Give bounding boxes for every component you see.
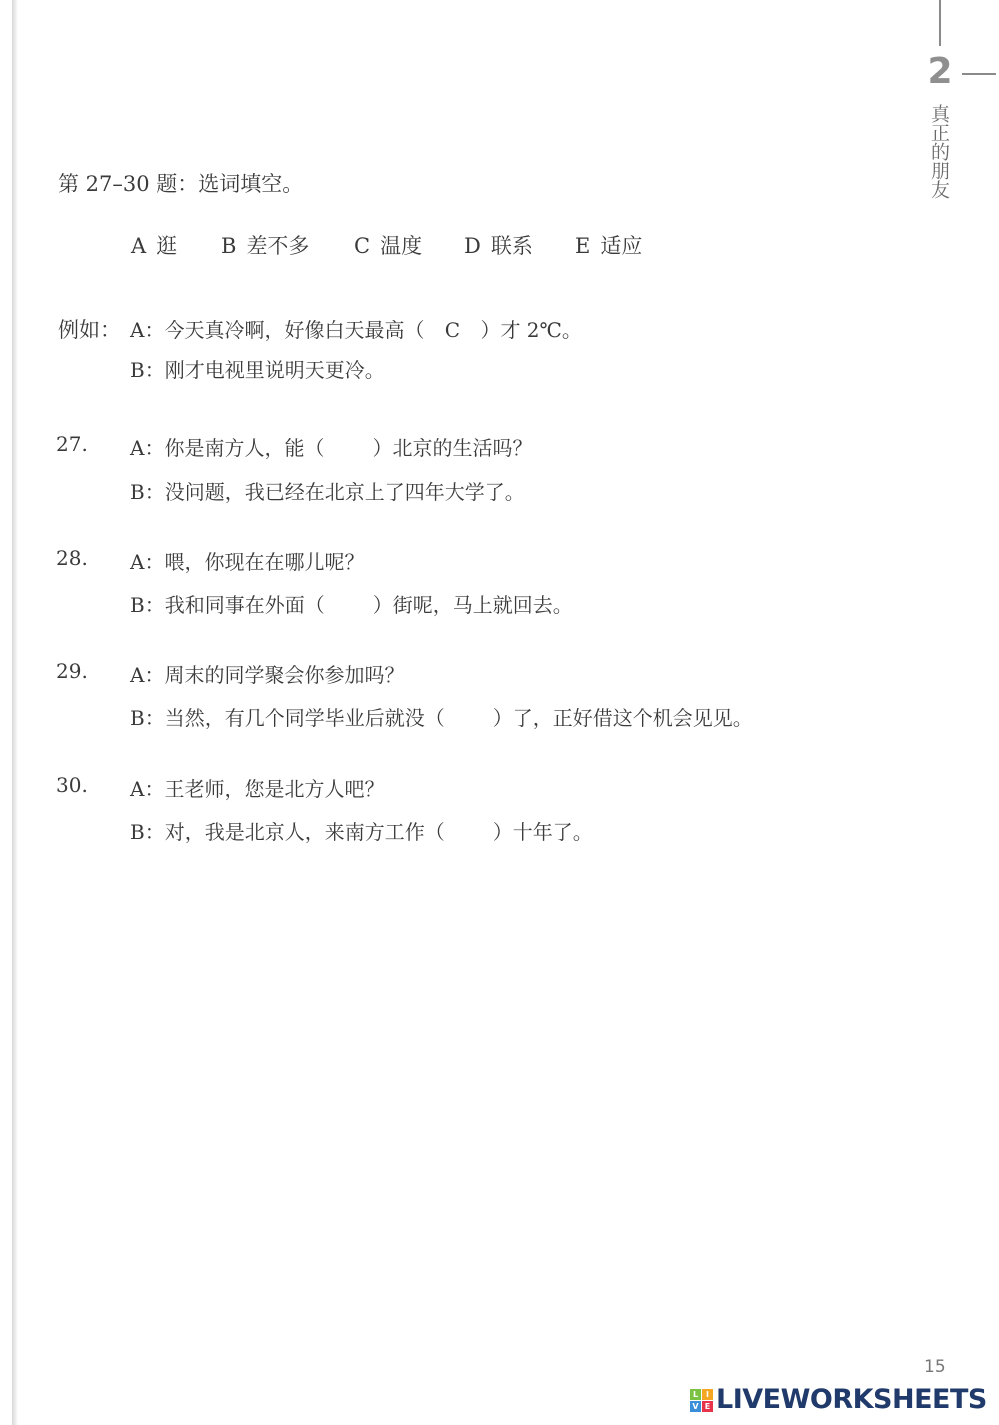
q28-line-b: B：我和同事在外面（）街呢，马上就回去。 (130, 589, 573, 618)
option-letter: A (131, 234, 146, 258)
question-number-28: 28. (56, 546, 88, 570)
chapter-number: 2 (926, 52, 954, 92)
example-a-text: A：今天真冷啊，好像白天最高（ (130, 318, 424, 342)
q27-a-after: ）北京的生活吗？ (372, 436, 532, 460)
q27-line-a: A：你是南方人，能（）北京的生活吗？ (130, 432, 532, 461)
q28-b-after: ）街呢，马上就回去。 (373, 593, 573, 617)
question-number-30: 30. (56, 773, 88, 797)
liveworksheets-logo[interactable]: L I V E LIVEWORKSHEETS (690, 1386, 987, 1414)
option-letter: B (221, 234, 236, 258)
word-option-c: C温度 (354, 230, 422, 260)
question-number-29: 29. (56, 659, 88, 683)
option-word: 适应 (600, 234, 642, 258)
example-answer: C (424, 318, 480, 342)
option-word: 逛 (156, 234, 177, 258)
page-edge-shadow (12, 0, 18, 1425)
option-word: 温度 (380, 234, 422, 258)
word-option-d: D联系 (464, 230, 533, 260)
chapter-rule (939, 0, 941, 46)
logo-tile-l: L (690, 1389, 701, 1400)
option-word: 差不多 (246, 234, 309, 258)
example-a-suffix: ）才 2℃。 (480, 318, 581, 342)
q29-line-a: A：周末的同学聚会你参加吗？ (130, 659, 404, 688)
logo-tile-i: I (702, 1389, 713, 1400)
q29-line-b: B：当然，有几个同学毕业后就没（）了，正好借这个机会见见。 (130, 702, 753, 731)
logo-tiles-icon: L I V E (690, 1389, 713, 1412)
q30-line-a: A：王老师，您是北方人吧？ (130, 773, 384, 802)
option-letter: D (464, 234, 481, 258)
word-option-a: A逛 (131, 230, 177, 260)
chapter-title: 真正的朋友 (926, 104, 950, 199)
word-option-b: B差不多 (221, 230, 309, 260)
option-word: 联系 (491, 234, 533, 258)
q27-line-b: B：没问题，我已经在北京上了四年大学了。 (130, 476, 525, 505)
q30-line-b: B：对，我是北京人，来南方工作（）十年了。 (130, 816, 593, 845)
option-letter: E (575, 234, 590, 258)
option-letter: C (354, 234, 370, 258)
example-line-a: A：今天真冷啊，好像白天最高（C）才 2℃。 (130, 314, 582, 343)
q29-b-after: ）了，正好借这个机会见见。 (493, 706, 753, 730)
logo-tile-e: E (702, 1401, 713, 1412)
q30-b-before: B：对，我是北京人，来南方工作（ (130, 820, 445, 844)
example-line-b: B：刚才电视里说明天更冷。 (130, 354, 385, 383)
q28-b-before: B：我和同事在外面（ (130, 593, 325, 617)
chapter-dash (962, 73, 996, 75)
example-label: 例如： (58, 314, 121, 344)
q29-b-before: B：当然，有几个同学毕业后就没（ (130, 706, 445, 730)
brand-name: LIVEWORKSHEETS (716, 1386, 987, 1414)
q28-line-a: A：喂，你现在在哪儿呢？ (130, 546, 364, 575)
page-number: 15 (924, 1357, 946, 1377)
q27-a-before: A：你是南方人，能（ (130, 436, 324, 460)
logo-tile-v: V (690, 1401, 701, 1412)
instruction-heading: 第 27–30 题：选词填空。 (58, 168, 303, 198)
q30-b-after: ）十年了。 (493, 820, 593, 844)
question-number-27: 27. (56, 432, 88, 456)
word-option-e: E适应 (575, 230, 642, 260)
